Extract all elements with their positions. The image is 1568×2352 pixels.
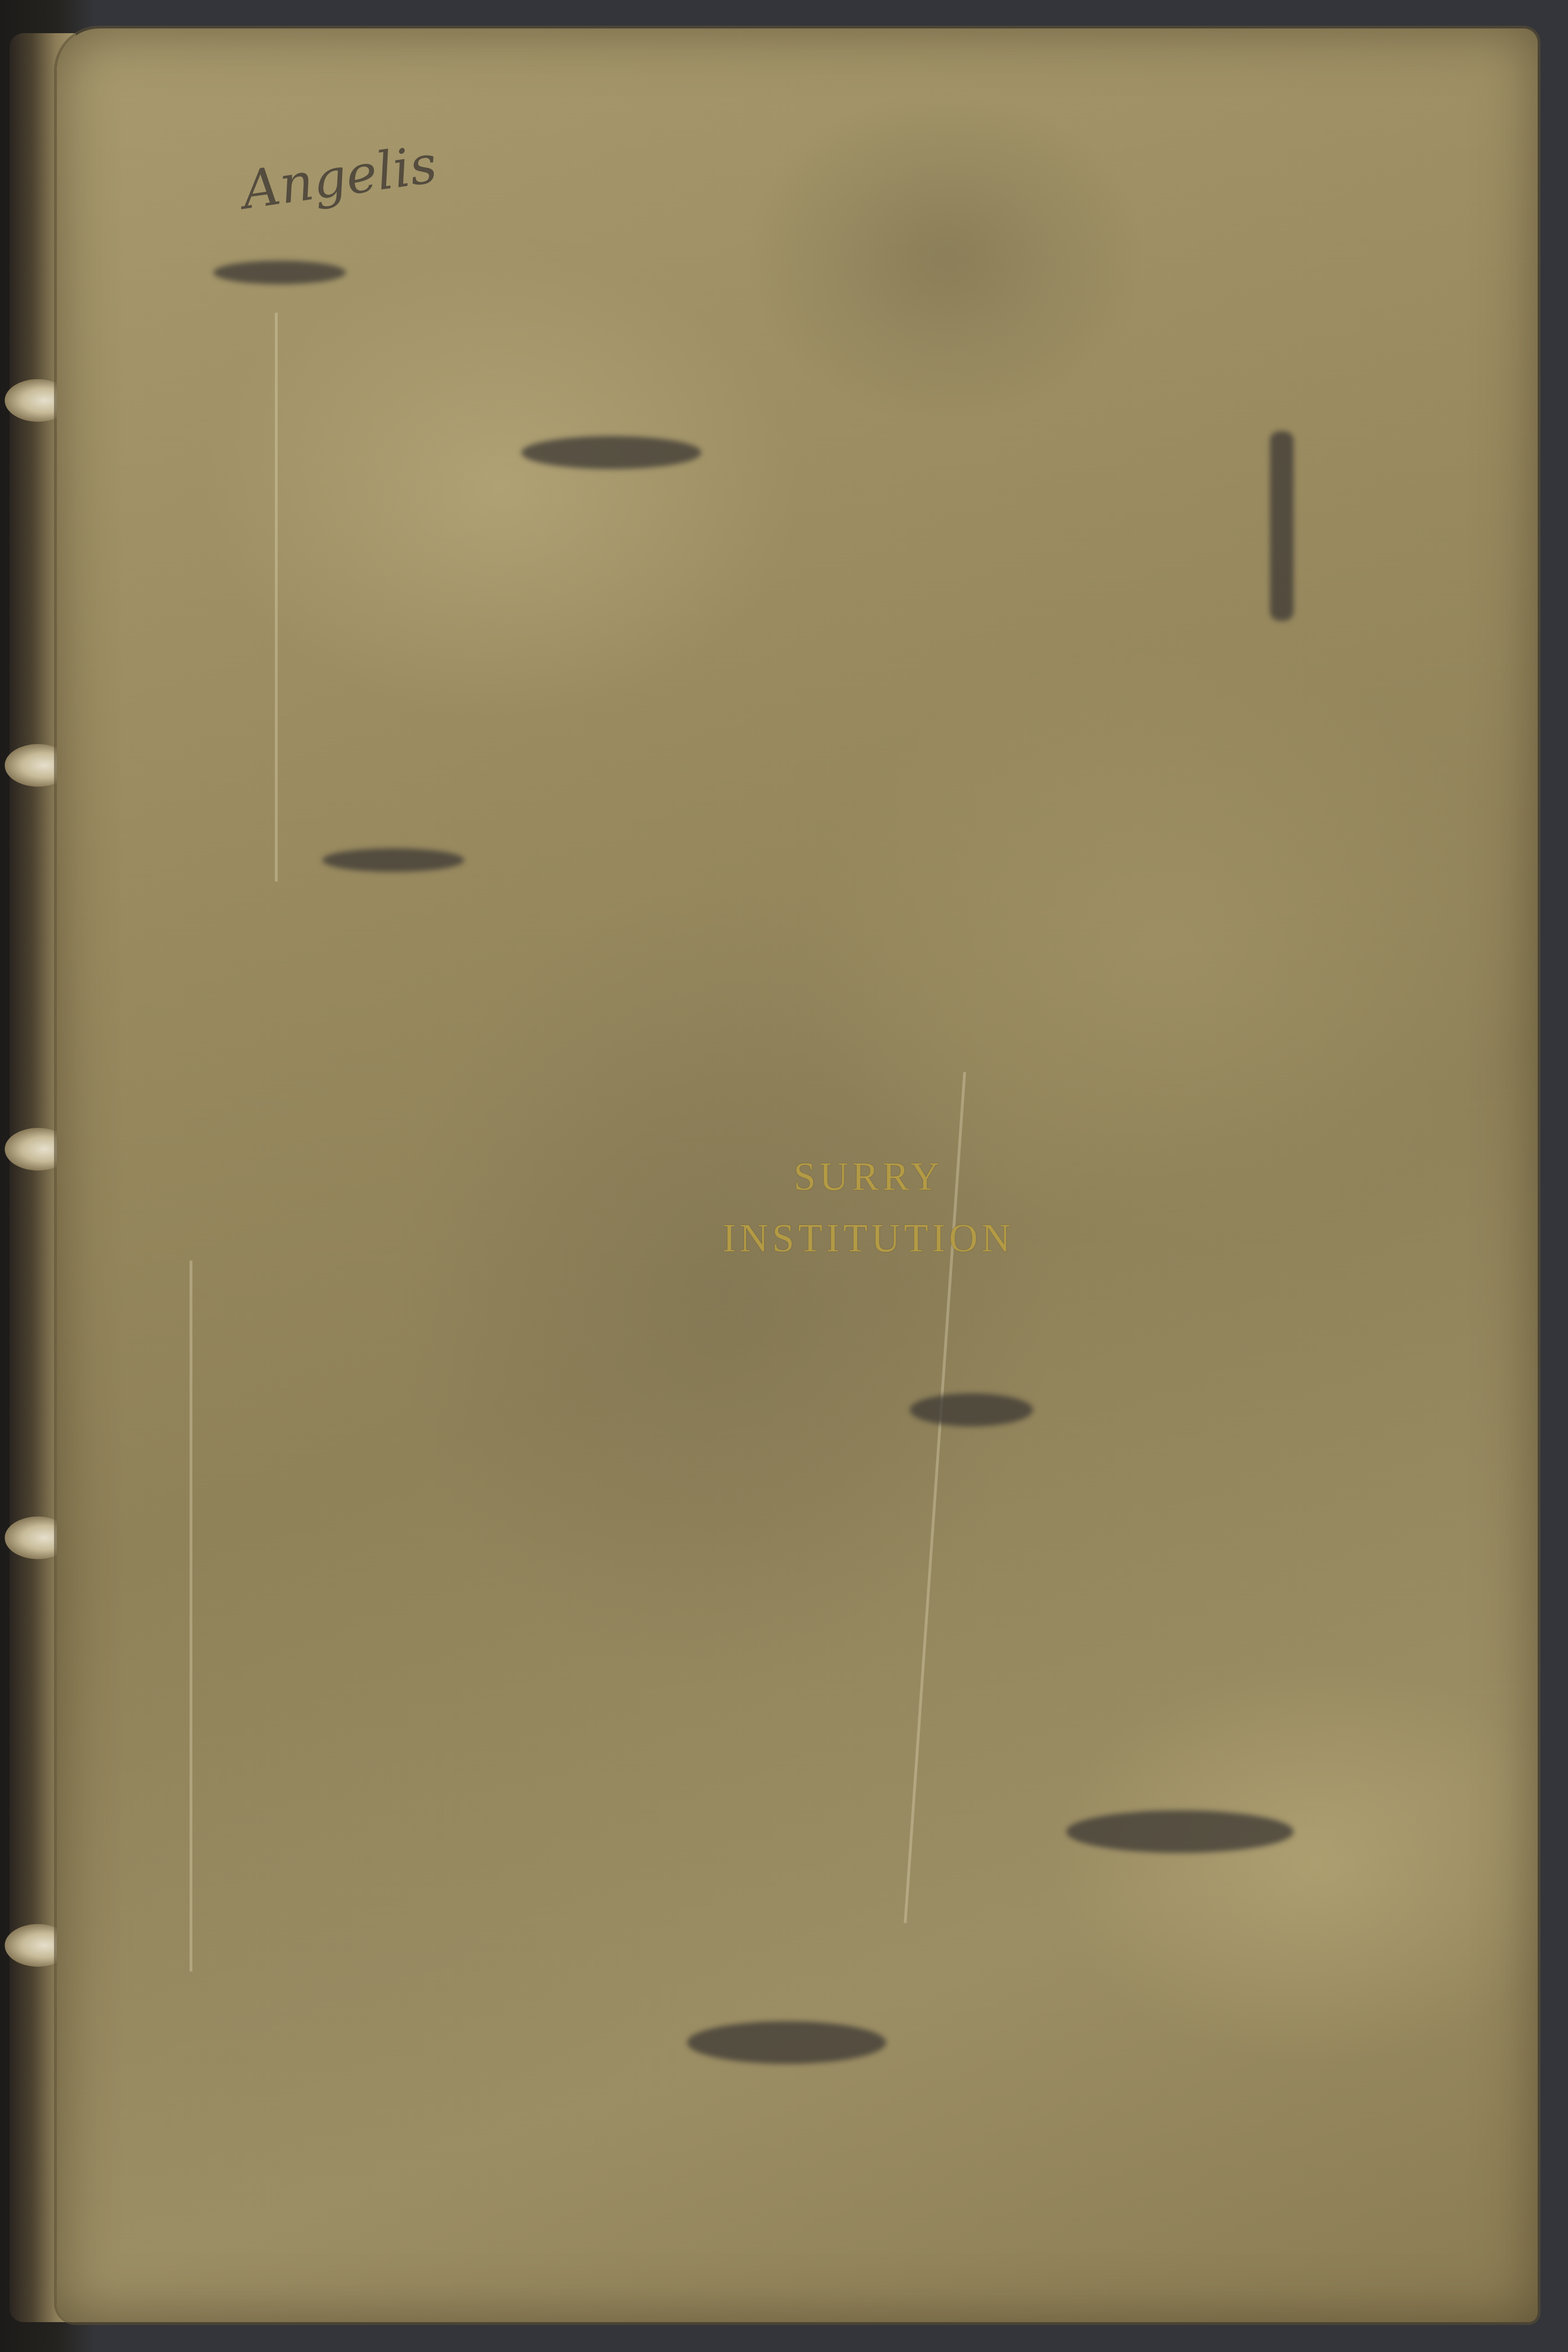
stain-mark — [322, 848, 464, 872]
vellum-crease — [275, 313, 278, 881]
cover-title-line-2: INSTITUTION — [57, 1216, 1538, 1262]
stain-mark — [521, 436, 701, 469]
stain-mark — [910, 1393, 1033, 1426]
stain-mark — [1066, 1810, 1294, 1853]
book-cover: Angelis SURRY INSTITUTION — [57, 28, 1538, 2322]
stain-mark — [687, 2021, 886, 2064]
cover-title-line-1: SURRY — [57, 1154, 1538, 1200]
stain-mark — [213, 261, 346, 284]
stain-mark — [1270, 431, 1294, 621]
vellum-crease — [190, 1261, 192, 1971]
handwritten-inscription: Angelis — [238, 134, 440, 221]
